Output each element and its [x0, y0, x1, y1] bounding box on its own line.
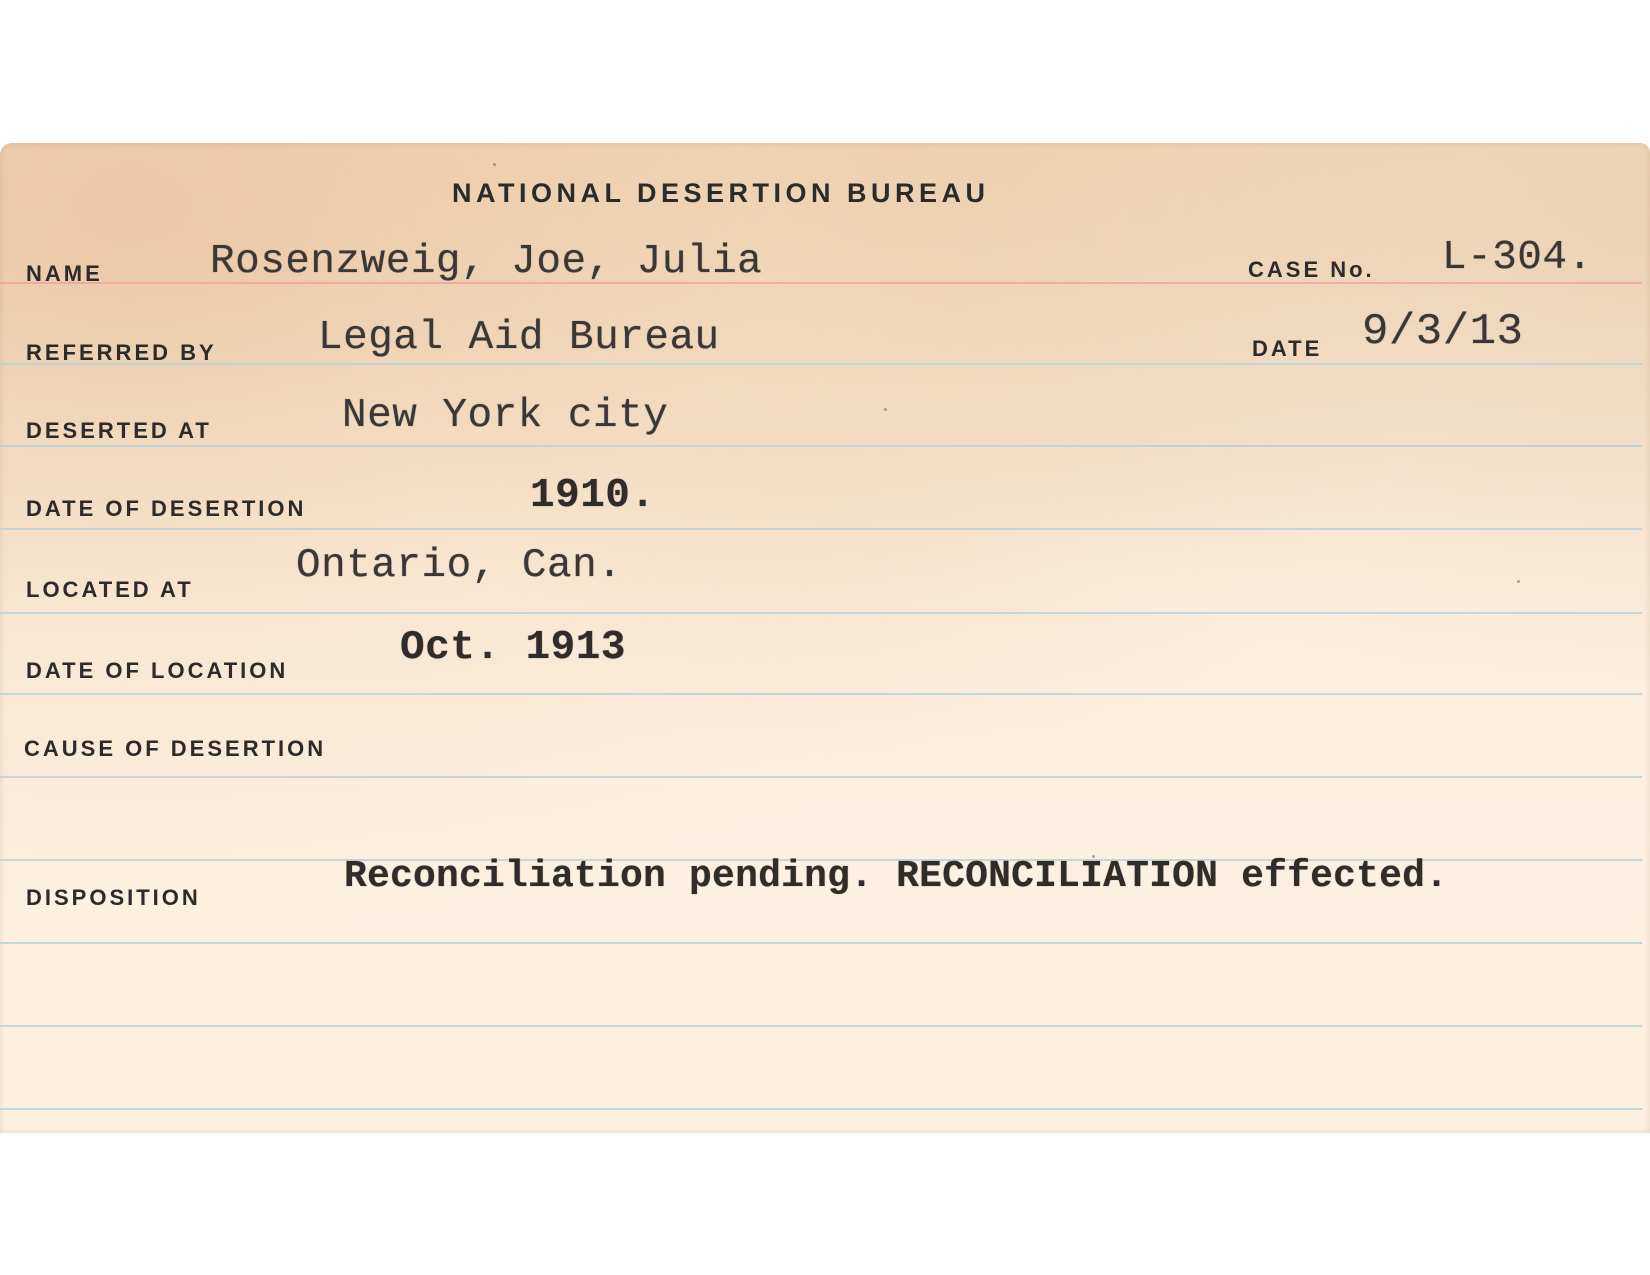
paper-speck	[1517, 580, 1520, 583]
deserted-at-label: DESERTED AT	[26, 418, 212, 444]
name-label: NAME	[26, 261, 103, 287]
ruled-line	[0, 1108, 1642, 1110]
paper-speck	[1092, 855, 1095, 858]
referred-by-value: Legal Aid Bureau	[318, 315, 720, 361]
date-of-location-value: Oct. 1913	[400, 625, 626, 671]
index-card: NATIONAL DESERTION BUREAU NAME Rosenzwei…	[0, 143, 1650, 1133]
date-of-desertion-label: DATE OF DESERTION	[26, 496, 306, 522]
cause-of-desertion-label: CAUSE OF DESERTION	[24, 736, 326, 762]
card-title: NATIONAL DESERTION BUREAU	[452, 178, 990, 209]
deserted-at-value: New York city	[342, 393, 668, 439]
ruled-line	[0, 942, 1642, 944]
case-number-label: CASE No.	[1248, 257, 1375, 283]
located-at-value: Ontario, Can.	[296, 543, 622, 589]
date-label: DATE	[1252, 336, 1322, 362]
ruled-line	[0, 528, 1642, 530]
disposition-label: DISPOSITION	[26, 885, 201, 911]
date-value: 9/3/13	[1362, 307, 1523, 357]
case-number-value: L-304.	[1442, 235, 1593, 281]
ruled-line	[0, 693, 1642, 695]
date-of-location-label: DATE OF LOCATION	[26, 658, 288, 684]
ruled-line	[0, 612, 1642, 614]
ruled-line	[0, 1025, 1642, 1027]
disposition-value: Reconciliation pending. RECONCILIATION e…	[344, 855, 1448, 898]
located-at-label: LOCATED AT	[26, 577, 194, 603]
paper-speck	[884, 408, 887, 411]
ruled-line	[0, 445, 1642, 447]
ruled-line	[0, 776, 1642, 778]
referred-by-label: REFERRED BY	[26, 340, 217, 366]
paper-speck	[493, 163, 496, 166]
date-of-desertion-value: 1910.	[530, 473, 656, 519]
ruled-line	[0, 363, 1642, 365]
name-value: Rosenzweig, Joe, Julia	[210, 239, 762, 285]
